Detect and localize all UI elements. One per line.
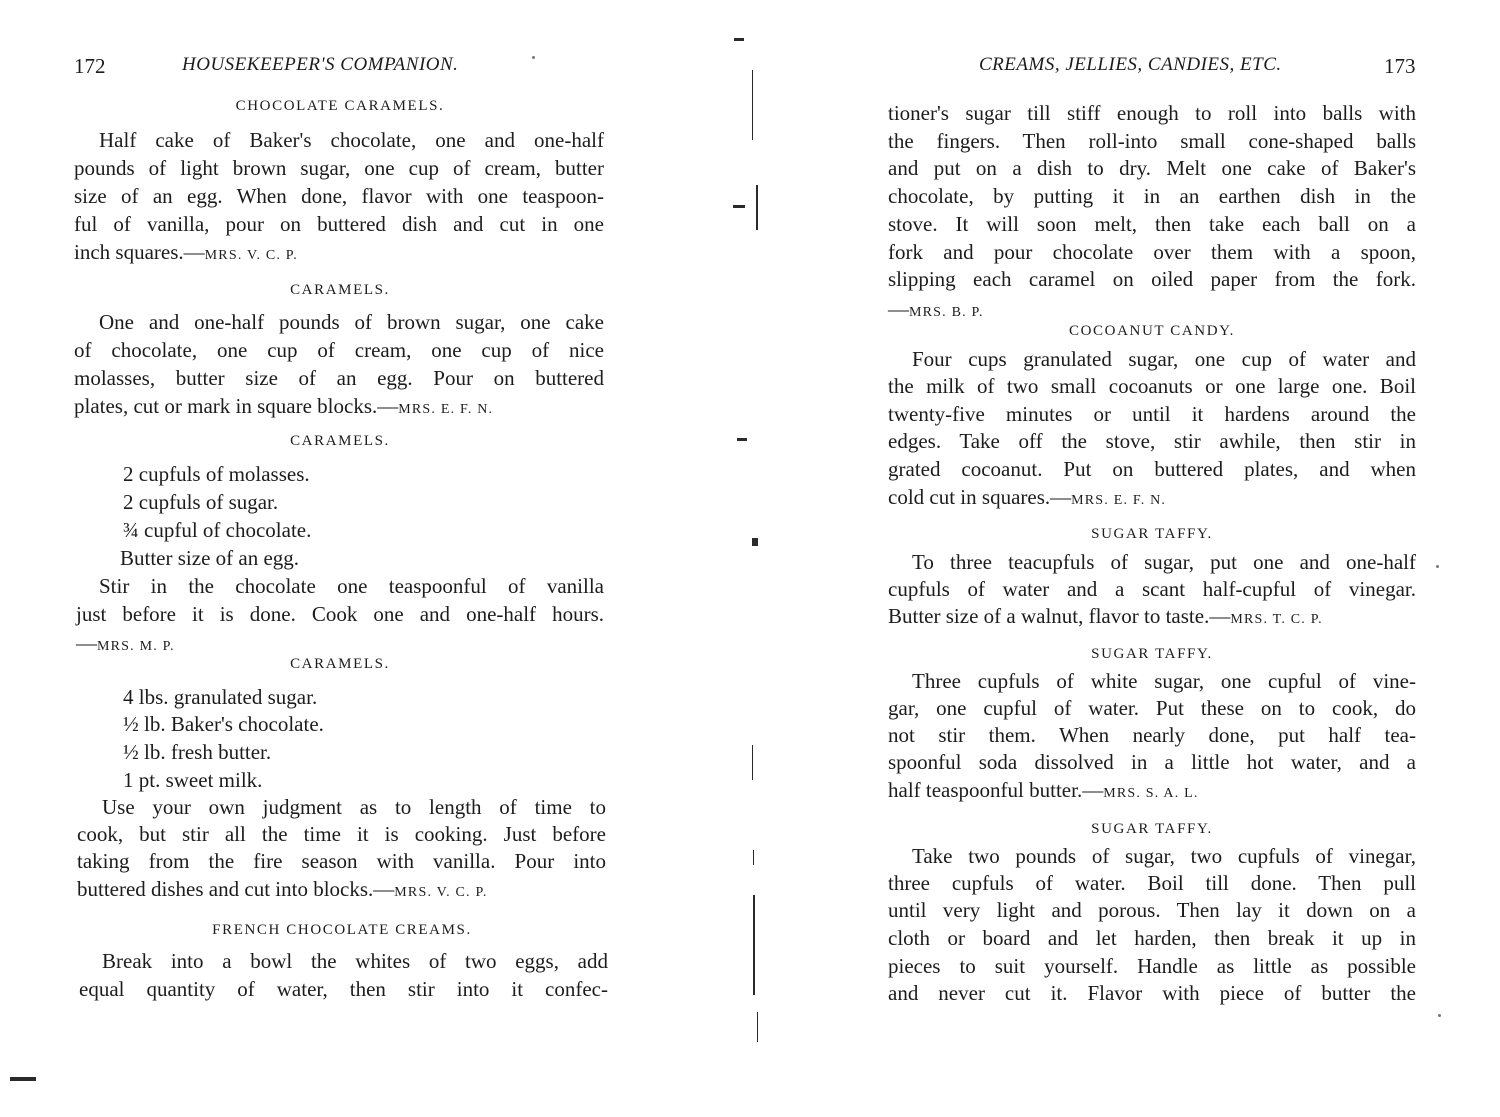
recipe-text-line: pieces to suit yourself. Handle as littl… — [888, 953, 1416, 979]
recipe-title: SUGAR TAFFY. — [888, 646, 1416, 663]
recipe-text-line: the fingers. Then roll-into small cone-s… — [888, 128, 1416, 154]
recipe-text-line: Four cups granulated sugar, one cup of w… — [912, 346, 1416, 372]
recipe-text-line: cold cut in squares.—MRS. E. F. N. — [888, 484, 1166, 514]
recipe-text-line: fork and pour chocolate over them with a… — [888, 239, 1416, 265]
contributor-signature: MRS. S. A. L. — [1103, 786, 1198, 801]
contributor-signature: MRS. T. C. P. — [1230, 612, 1323, 627]
recipe-text-line: edges. Take off the stove, stir awhile, … — [888, 428, 1416, 454]
contributor-signature: MRS. E. F. N. — [1071, 493, 1166, 508]
recipe-text-line: grated cocoanut. Put on buttered plates,… — [888, 456, 1416, 482]
recipe-text-line: and never cut it. Flavor with piece of b… — [888, 980, 1416, 1006]
recipe-text-line: half teaspoonful butter.—MRS. S. A. L. — [888, 777, 1199, 807]
recipe-text-line: stove. It will soon melt, then take each… — [888, 211, 1416, 237]
recipe-text-line: slipping each caramel on oiled paper fro… — [888, 266, 1416, 292]
recipe-text-line: and put on a dish to dry. Melt one cake … — [888, 155, 1416, 181]
contributor-signature: MRS. B. P. — [909, 305, 984, 320]
scan-speck — [1436, 565, 1439, 568]
recipe-text-line: spoonful soda dissolved in a little hot … — [888, 749, 1416, 775]
scan-speck — [1438, 1014, 1441, 1017]
recipe-text-line: Take two pounds of sugar, two cupfuls of… — [912, 843, 1416, 869]
recipe-text-line: three cupfuls of water. Boil till done. … — [888, 870, 1416, 896]
running-head: CREAMS, JELLIES, CANDIES, ETC. — [979, 54, 1282, 76]
recipe-text-line: cupfuls of water and a scant half-cupful… — [888, 576, 1416, 602]
recipe-text-line: Three cupfuls of white sugar, one cupful… — [912, 668, 1416, 694]
right-page: CREAMS, JELLIES, CANDIES, ETC. 173 tione… — [0, 0, 1500, 1117]
recipe-title: COCOANUT CANDY. — [888, 323, 1416, 340]
recipe-text-line: Butter size of a walnut, flavor to taste… — [888, 603, 1323, 633]
page-number: 173 — [1384, 54, 1416, 79]
recipe-text-line: gar, one cupful of water. Put these on t… — [888, 695, 1416, 721]
recipe-text-line: cloth or board and let harden, then brea… — [888, 925, 1416, 951]
recipe-title: SUGAR TAFFY. — [888, 526, 1416, 543]
recipe-text-line: until very light and porous. Then lay it… — [888, 897, 1416, 923]
recipe-text-line: the milk of two small cocoanuts or one l… — [888, 373, 1416, 399]
recipe-title: SUGAR TAFFY. — [888, 821, 1416, 838]
recipe-text-line: chocolate, by putting it in an earthen d… — [888, 183, 1416, 209]
recipe-text-line: tioner's sugar till stiff enough to roll… — [888, 100, 1416, 126]
recipe-text-line: —MRS. B. P. — [888, 296, 984, 326]
recipe-text-line: To three teacupfuls of sugar, put one an… — [912, 549, 1416, 575]
recipe-text-line: not stir them. When nearly done, put hal… — [888, 722, 1416, 748]
recipe-text-line: twenty-five minutes or until it hardens … — [888, 401, 1416, 427]
